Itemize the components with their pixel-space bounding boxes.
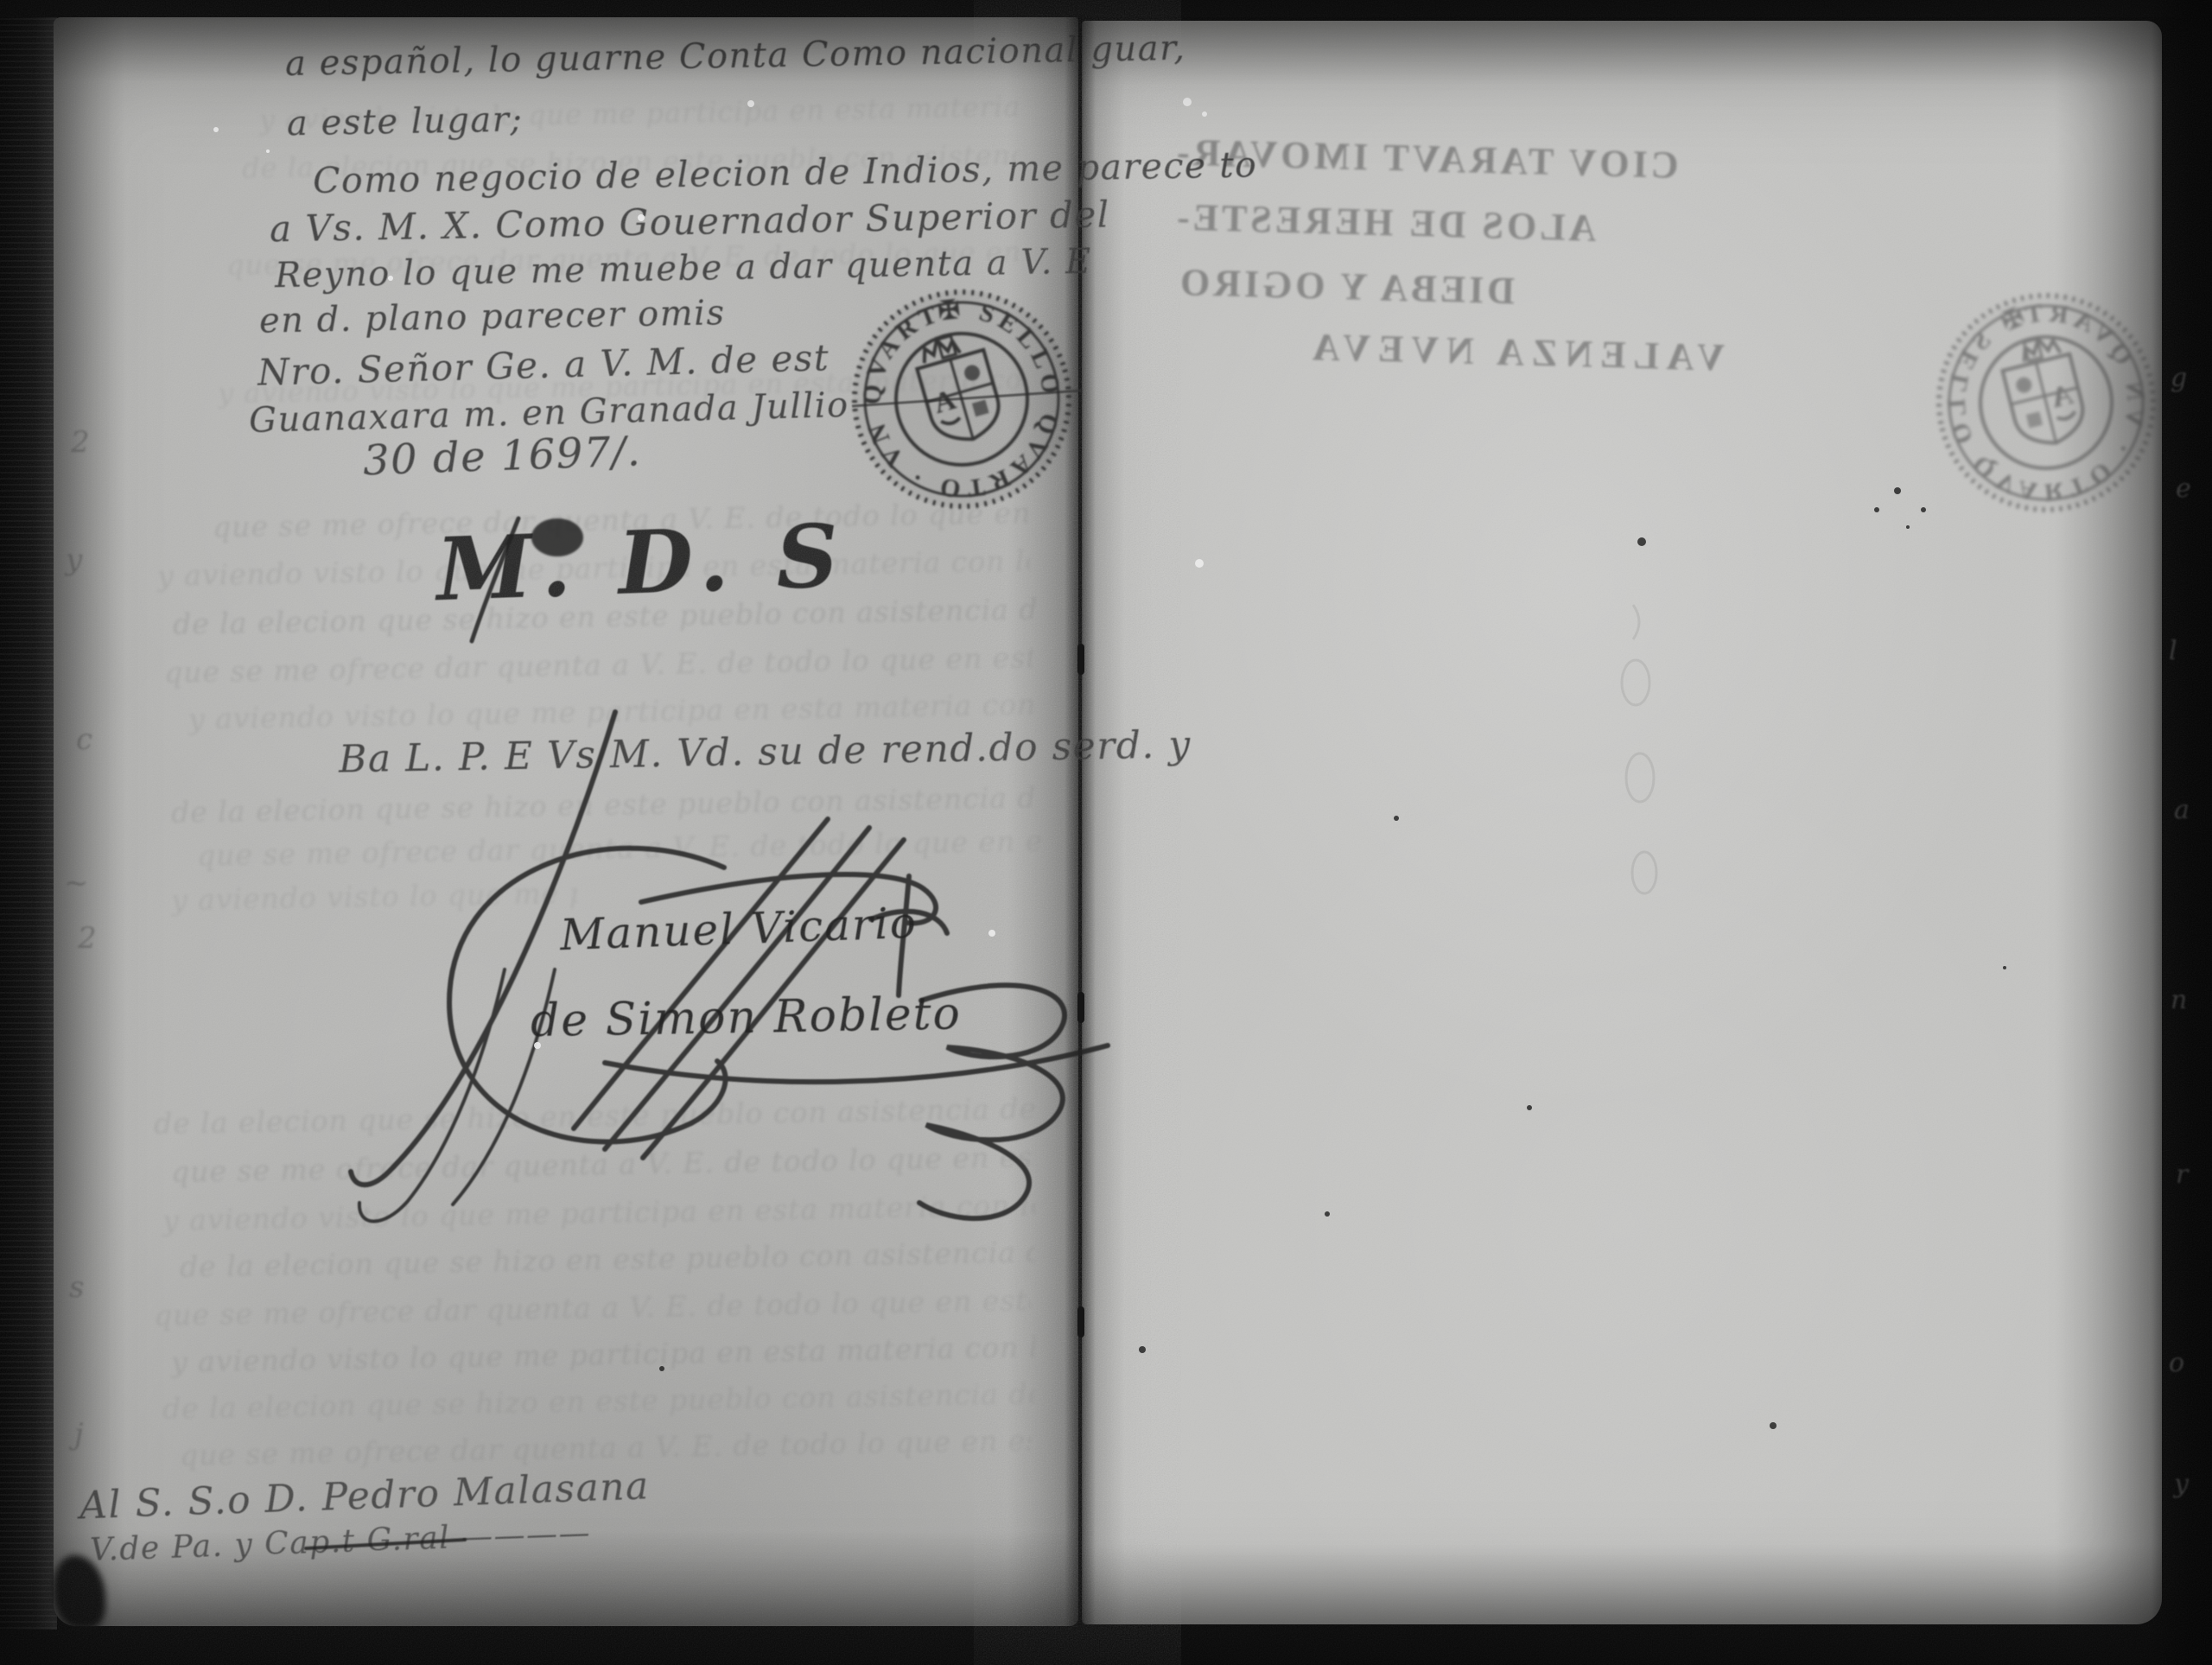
manuscript-scan: y aviendo visto lo que me participa en e… [0,0,2212,1665]
stitch-hole [1077,1306,1084,1338]
speck [1195,559,1204,568]
speck [1637,537,1646,546]
speck [1139,1346,1146,1353]
speck [213,127,219,132]
speck [1921,507,1926,512]
paper-grain-right [1082,21,2162,1624]
speck [1325,1211,1330,1217]
speck [266,149,270,153]
artifact-layer: ✠ SELLO QVARTO · VN QVARTILLO A [0,0,2212,1665]
speck [1874,507,1879,512]
speck [638,214,645,221]
speck [388,276,393,281]
speck [747,100,754,107]
speck [988,930,995,937]
speck [659,1366,664,1371]
speck [1394,816,1399,821]
speck [534,1042,541,1049]
speck [1527,1105,1532,1110]
stitch-hole [1077,992,1084,1023]
speck [1770,1422,1777,1429]
speck [1202,111,1207,117]
speck [1183,98,1192,106]
ink-blot [531,518,583,556]
speck [1906,525,1910,529]
speck [1894,487,1901,494]
stitch-hole [1077,644,1084,675]
paper-grain-left [54,17,1078,1626]
speck [2003,966,2006,969]
